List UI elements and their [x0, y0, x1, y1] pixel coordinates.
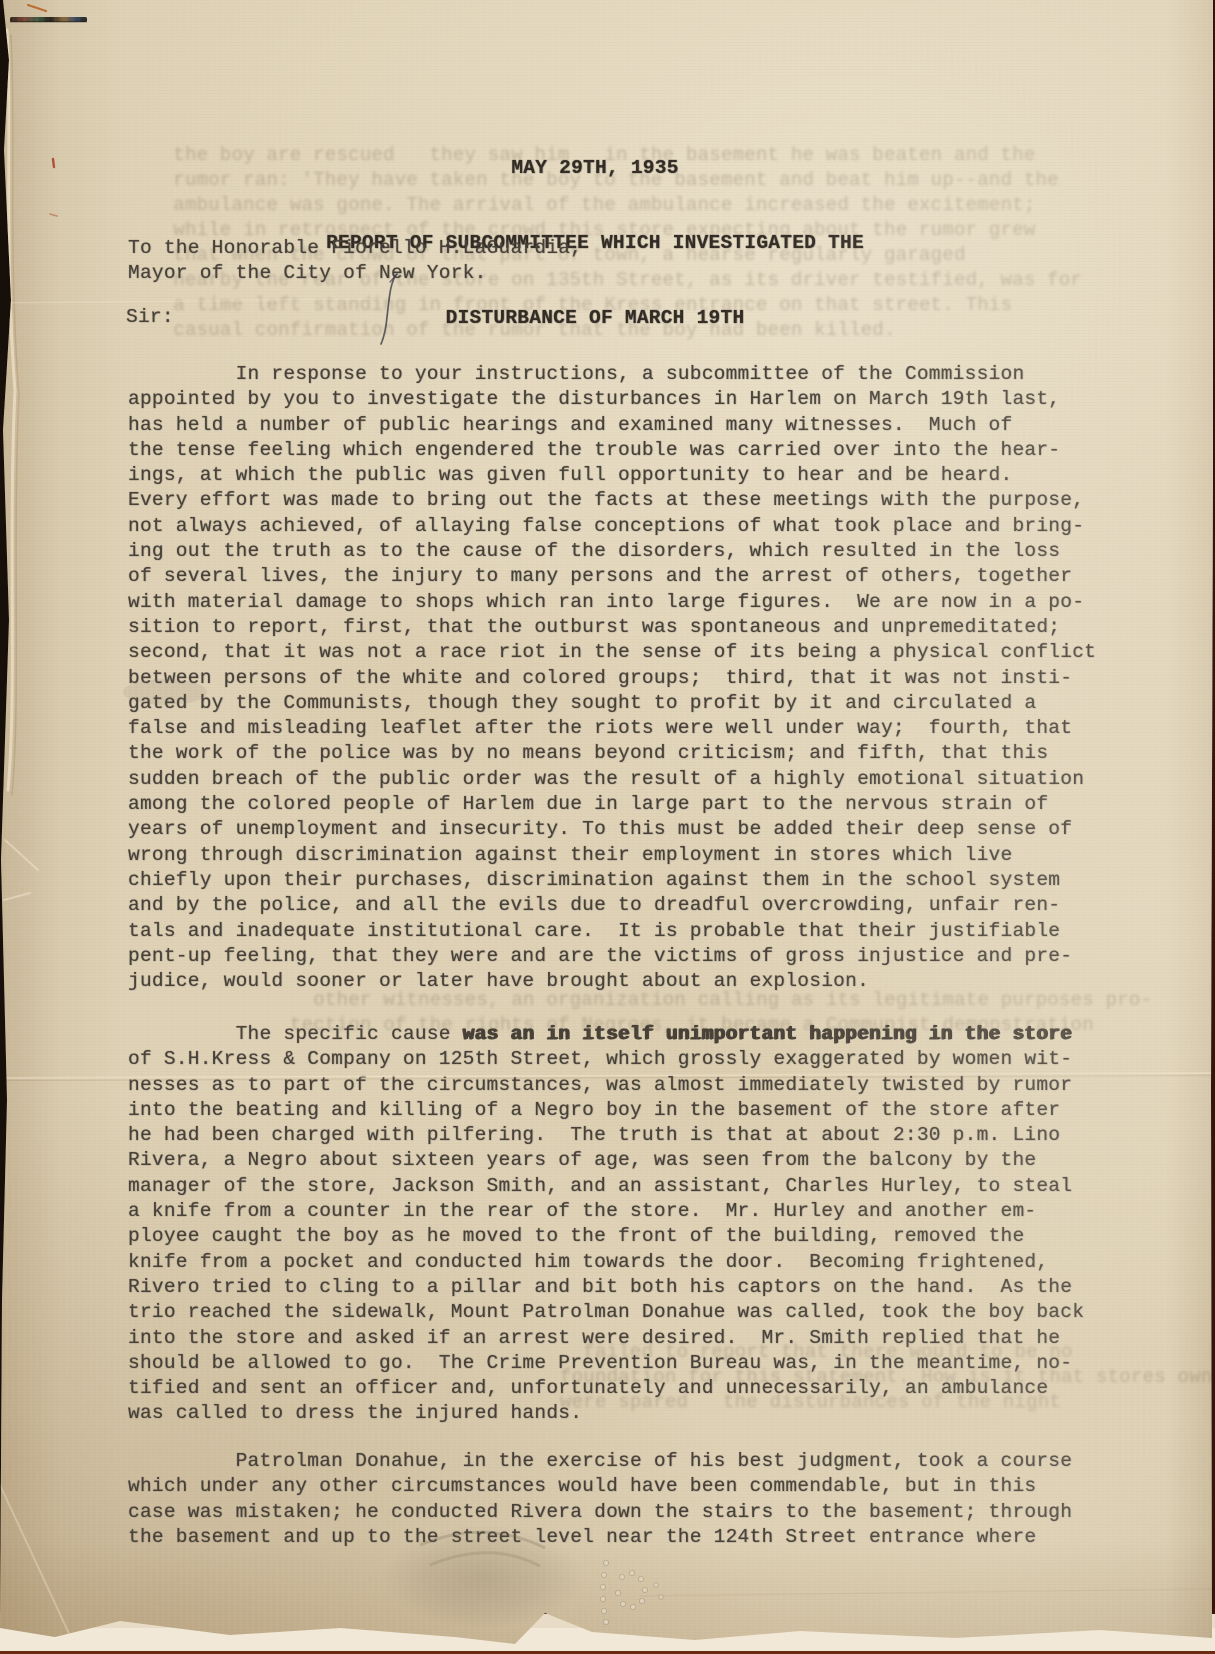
addressee-block: To the Honorable Fiorello H.LaGuardia, M… — [128, 236, 582, 286]
paragraph-3: Patrolman Donahue, in the exercise of hi… — [128, 1449, 1072, 1550]
paragraph-2: The specific cause was an in itself unim… — [128, 1022, 1084, 1427]
scanned-document-page: the boy are rescued they saw him in the … — [0, 0, 1215, 1654]
date-line: MAY 29TH, 1935 — [0, 156, 1190, 181]
paper-sheet: the boy are rescued they saw him in the … — [0, 0, 1215, 1654]
paragraph-2-overstruck-text: was an in itself unimportant happening i… — [463, 1023, 1073, 1045]
paragraph-1: In response to your instructions, a subc… — [128, 362, 1096, 994]
title-line-2: DISTURBANCE OF MARCH 19TH — [0, 306, 1190, 331]
staple — [10, 17, 87, 22]
paragraph-2-lead: The specific cause — [128, 1023, 463, 1045]
perforation-dots — [600, 1560, 663, 1624]
salutation: Sir: — [126, 305, 174, 330]
paragraph-2-rest: of S.H.Kress & Company on 125th Street, … — [128, 1048, 1084, 1424]
